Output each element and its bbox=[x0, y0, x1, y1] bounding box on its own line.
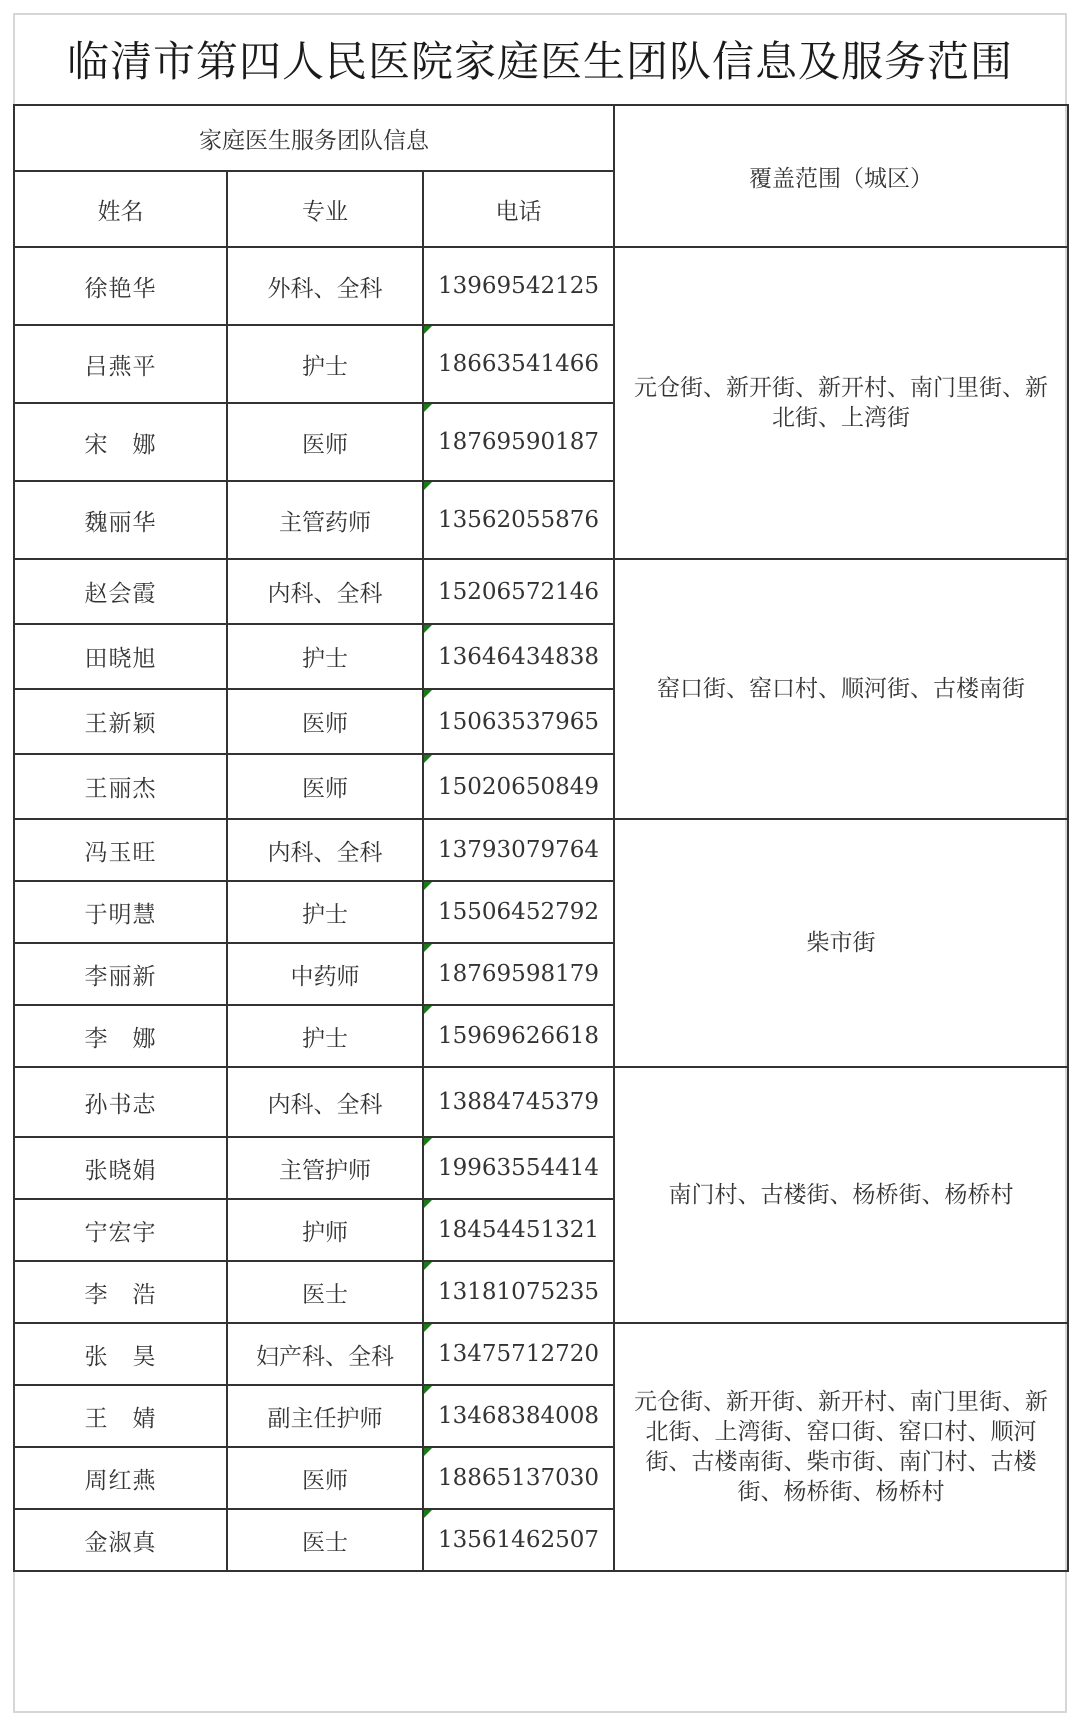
cell-specialty: 内科、全科 bbox=[227, 559, 423, 624]
cell-specialty: 医士 bbox=[227, 1509, 423, 1571]
text-number-marker-icon bbox=[424, 1324, 432, 1332]
text-number-marker-icon bbox=[424, 326, 432, 334]
cell-coverage: 南门村、古楼街、杨桥街、杨桥村 bbox=[614, 1067, 1068, 1323]
cell-name: 李丽新 bbox=[14, 943, 227, 1005]
table-row: 冯玉旺内科、全科13793079764柴市街 bbox=[14, 819, 1068, 881]
cell-specialty: 医士 bbox=[227, 1261, 423, 1323]
phone-number: 18769590187 bbox=[438, 429, 599, 455]
text-number-marker-icon bbox=[424, 625, 432, 633]
cell-specialty: 护士 bbox=[227, 881, 423, 943]
phone-number: 13468384008 bbox=[438, 1403, 599, 1429]
cell-phone: 15063537965 bbox=[423, 689, 614, 754]
text-number-marker-icon bbox=[424, 755, 432, 763]
phone-number: 13646434838 bbox=[438, 644, 599, 670]
cell-phone: 18769590187 bbox=[423, 403, 614, 481]
text-number-marker-icon bbox=[424, 1006, 432, 1014]
phone-number: 18865137030 bbox=[438, 1465, 599, 1491]
cell-phone: 13181075235 bbox=[423, 1261, 614, 1323]
cell-specialty: 医师 bbox=[227, 1447, 423, 1509]
cell-name: 周红燕 bbox=[14, 1447, 227, 1509]
column-header-name: 姓名 bbox=[14, 171, 227, 247]
cell-phone: 13884745379 bbox=[423, 1067, 614, 1137]
cell-phone: 13969542125 bbox=[423, 247, 614, 325]
table-row: 孙书志内科、全科13884745379南门村、古楼街、杨桥街、杨桥村 bbox=[14, 1067, 1068, 1137]
cell-specialty: 主管护师 bbox=[227, 1137, 423, 1199]
phone-number: 19963554414 bbox=[438, 1155, 599, 1181]
cell-phone: 15206572146 bbox=[423, 559, 614, 624]
phone-number: 13561462507 bbox=[438, 1527, 599, 1553]
table-row: 赵会霞内科、全科15206572146窑口街、窑口村、顺河街、古楼南街 bbox=[14, 559, 1068, 624]
phone-number: 15063537965 bbox=[438, 709, 599, 735]
team-table: 家庭医生服务团队信息 覆盖范围（城区） 姓名 专业 电话 徐艳华外科、全科139… bbox=[13, 104, 1069, 1572]
cell-phone: 13468384008 bbox=[423, 1385, 614, 1447]
cell-specialty: 主管药师 bbox=[227, 481, 423, 559]
phone-number: 13475712720 bbox=[438, 1341, 599, 1367]
cell-name: 张晓娟 bbox=[14, 1137, 227, 1199]
cell-specialty: 内科、全科 bbox=[227, 819, 423, 881]
cell-name: 魏丽华 bbox=[14, 481, 227, 559]
cell-phone: 15969626618 bbox=[423, 1005, 614, 1067]
cell-specialty: 医师 bbox=[227, 689, 423, 754]
cell-name: 金淑真 bbox=[14, 1509, 227, 1571]
cell-phone: 18769598179 bbox=[423, 943, 614, 1005]
cell-name: 王丽杰 bbox=[14, 754, 227, 819]
cell-specialty: 中药师 bbox=[227, 943, 423, 1005]
phone-number: 15206572146 bbox=[438, 579, 599, 605]
phone-number: 13562055876 bbox=[438, 507, 599, 533]
cell-name: 吕燕平 bbox=[14, 325, 227, 403]
cell-name: 赵会霞 bbox=[14, 559, 227, 624]
text-number-marker-icon bbox=[424, 404, 432, 412]
phone-number: 13884745379 bbox=[438, 1089, 599, 1115]
cell-specialty: 妇产科、全科 bbox=[227, 1323, 423, 1385]
cell-coverage: 柴市街 bbox=[614, 819, 1068, 1067]
text-number-marker-icon bbox=[424, 1510, 432, 1518]
cell-coverage: 元仓街、新开街、新开村、南门里街、新北街、上湾街 bbox=[614, 247, 1068, 559]
cell-name: 冯玉旺 bbox=[14, 819, 227, 881]
cell-name: 王 婧 bbox=[14, 1385, 227, 1447]
cell-phone: 13562055876 bbox=[423, 481, 614, 559]
text-number-marker-icon bbox=[424, 882, 432, 890]
cell-specialty: 护师 bbox=[227, 1199, 423, 1261]
cell-specialty: 内科、全科 bbox=[227, 1067, 423, 1137]
page-title: 临清市第四人民医院家庭医生团队信息及服务范围 bbox=[13, 13, 1067, 105]
team-info-header: 家庭医生服务团队信息 bbox=[14, 105, 614, 171]
phone-number: 15506452792 bbox=[438, 899, 599, 925]
text-number-marker-icon bbox=[424, 1138, 432, 1146]
cell-phone: 13646434838 bbox=[423, 624, 614, 689]
cell-specialty: 医师 bbox=[227, 754, 423, 819]
text-number-marker-icon bbox=[424, 1448, 432, 1456]
text-number-marker-icon bbox=[424, 690, 432, 698]
cell-name: 李 浩 bbox=[14, 1261, 227, 1323]
phone-number: 13181075235 bbox=[438, 1279, 599, 1305]
cell-coverage: 元仓街、新开街、新开村、南门里街、新北街、上湾街、窑口街、窑口村、顺河街、古楼南… bbox=[614, 1323, 1068, 1571]
phone-number: 13969542125 bbox=[438, 273, 599, 299]
cell-phone: 18454451321 bbox=[423, 1199, 614, 1261]
text-number-marker-icon bbox=[424, 944, 432, 952]
cell-phone: 15020650849 bbox=[423, 754, 614, 819]
cell-phone: 15506452792 bbox=[423, 881, 614, 943]
cell-specialty: 护士 bbox=[227, 325, 423, 403]
cell-name: 徐艳华 bbox=[14, 247, 227, 325]
column-header-phone: 电话 bbox=[423, 171, 614, 247]
table-row: 张 昊妇产科、全科13475712720元仓街、新开街、新开村、南门里街、新北街… bbox=[14, 1323, 1068, 1385]
cell-phone: 13793079764 bbox=[423, 819, 614, 881]
cell-phone: 13475712720 bbox=[423, 1323, 614, 1385]
cell-phone: 13561462507 bbox=[423, 1509, 614, 1571]
cell-specialty: 外科、全科 bbox=[227, 247, 423, 325]
cell-name: 李 娜 bbox=[14, 1005, 227, 1067]
column-header-specialty: 专业 bbox=[227, 171, 423, 247]
text-number-marker-icon bbox=[424, 482, 432, 490]
phone-number: 18663541466 bbox=[438, 351, 599, 377]
cell-specialty: 医师 bbox=[227, 403, 423, 481]
cell-name: 孙书志 bbox=[14, 1067, 227, 1137]
cell-specialty: 护士 bbox=[227, 1005, 423, 1067]
phone-number: 15969626618 bbox=[438, 1023, 599, 1049]
cell-name: 宁宏宇 bbox=[14, 1199, 227, 1261]
phone-number: 15020650849 bbox=[438, 774, 599, 800]
cell-name: 王新颖 bbox=[14, 689, 227, 754]
cell-name: 于明慧 bbox=[14, 881, 227, 943]
cell-phone: 19963554414 bbox=[423, 1137, 614, 1199]
text-number-marker-icon bbox=[424, 1262, 432, 1270]
phone-number: 18769598179 bbox=[438, 961, 599, 987]
cell-name: 田晓旭 bbox=[14, 624, 227, 689]
text-number-marker-icon bbox=[424, 1386, 432, 1394]
cell-name: 张 昊 bbox=[14, 1323, 227, 1385]
cell-phone: 18663541466 bbox=[423, 325, 614, 403]
cell-name: 宋 娜 bbox=[14, 403, 227, 481]
cell-phone: 18865137030 bbox=[423, 1447, 614, 1509]
cell-specialty: 副主任护师 bbox=[227, 1385, 423, 1447]
cell-specialty: 护士 bbox=[227, 624, 423, 689]
phone-number: 13793079764 bbox=[438, 837, 599, 863]
phone-number: 18454451321 bbox=[438, 1217, 599, 1243]
coverage-header: 覆盖范围（城区） bbox=[614, 105, 1068, 247]
table-row: 徐艳华外科、全科13969542125元仓街、新开街、新开村、南门里街、新北街、… bbox=[14, 247, 1068, 325]
text-number-marker-icon bbox=[424, 1200, 432, 1208]
cell-coverage: 窑口街、窑口村、顺河街、古楼南街 bbox=[614, 559, 1068, 819]
